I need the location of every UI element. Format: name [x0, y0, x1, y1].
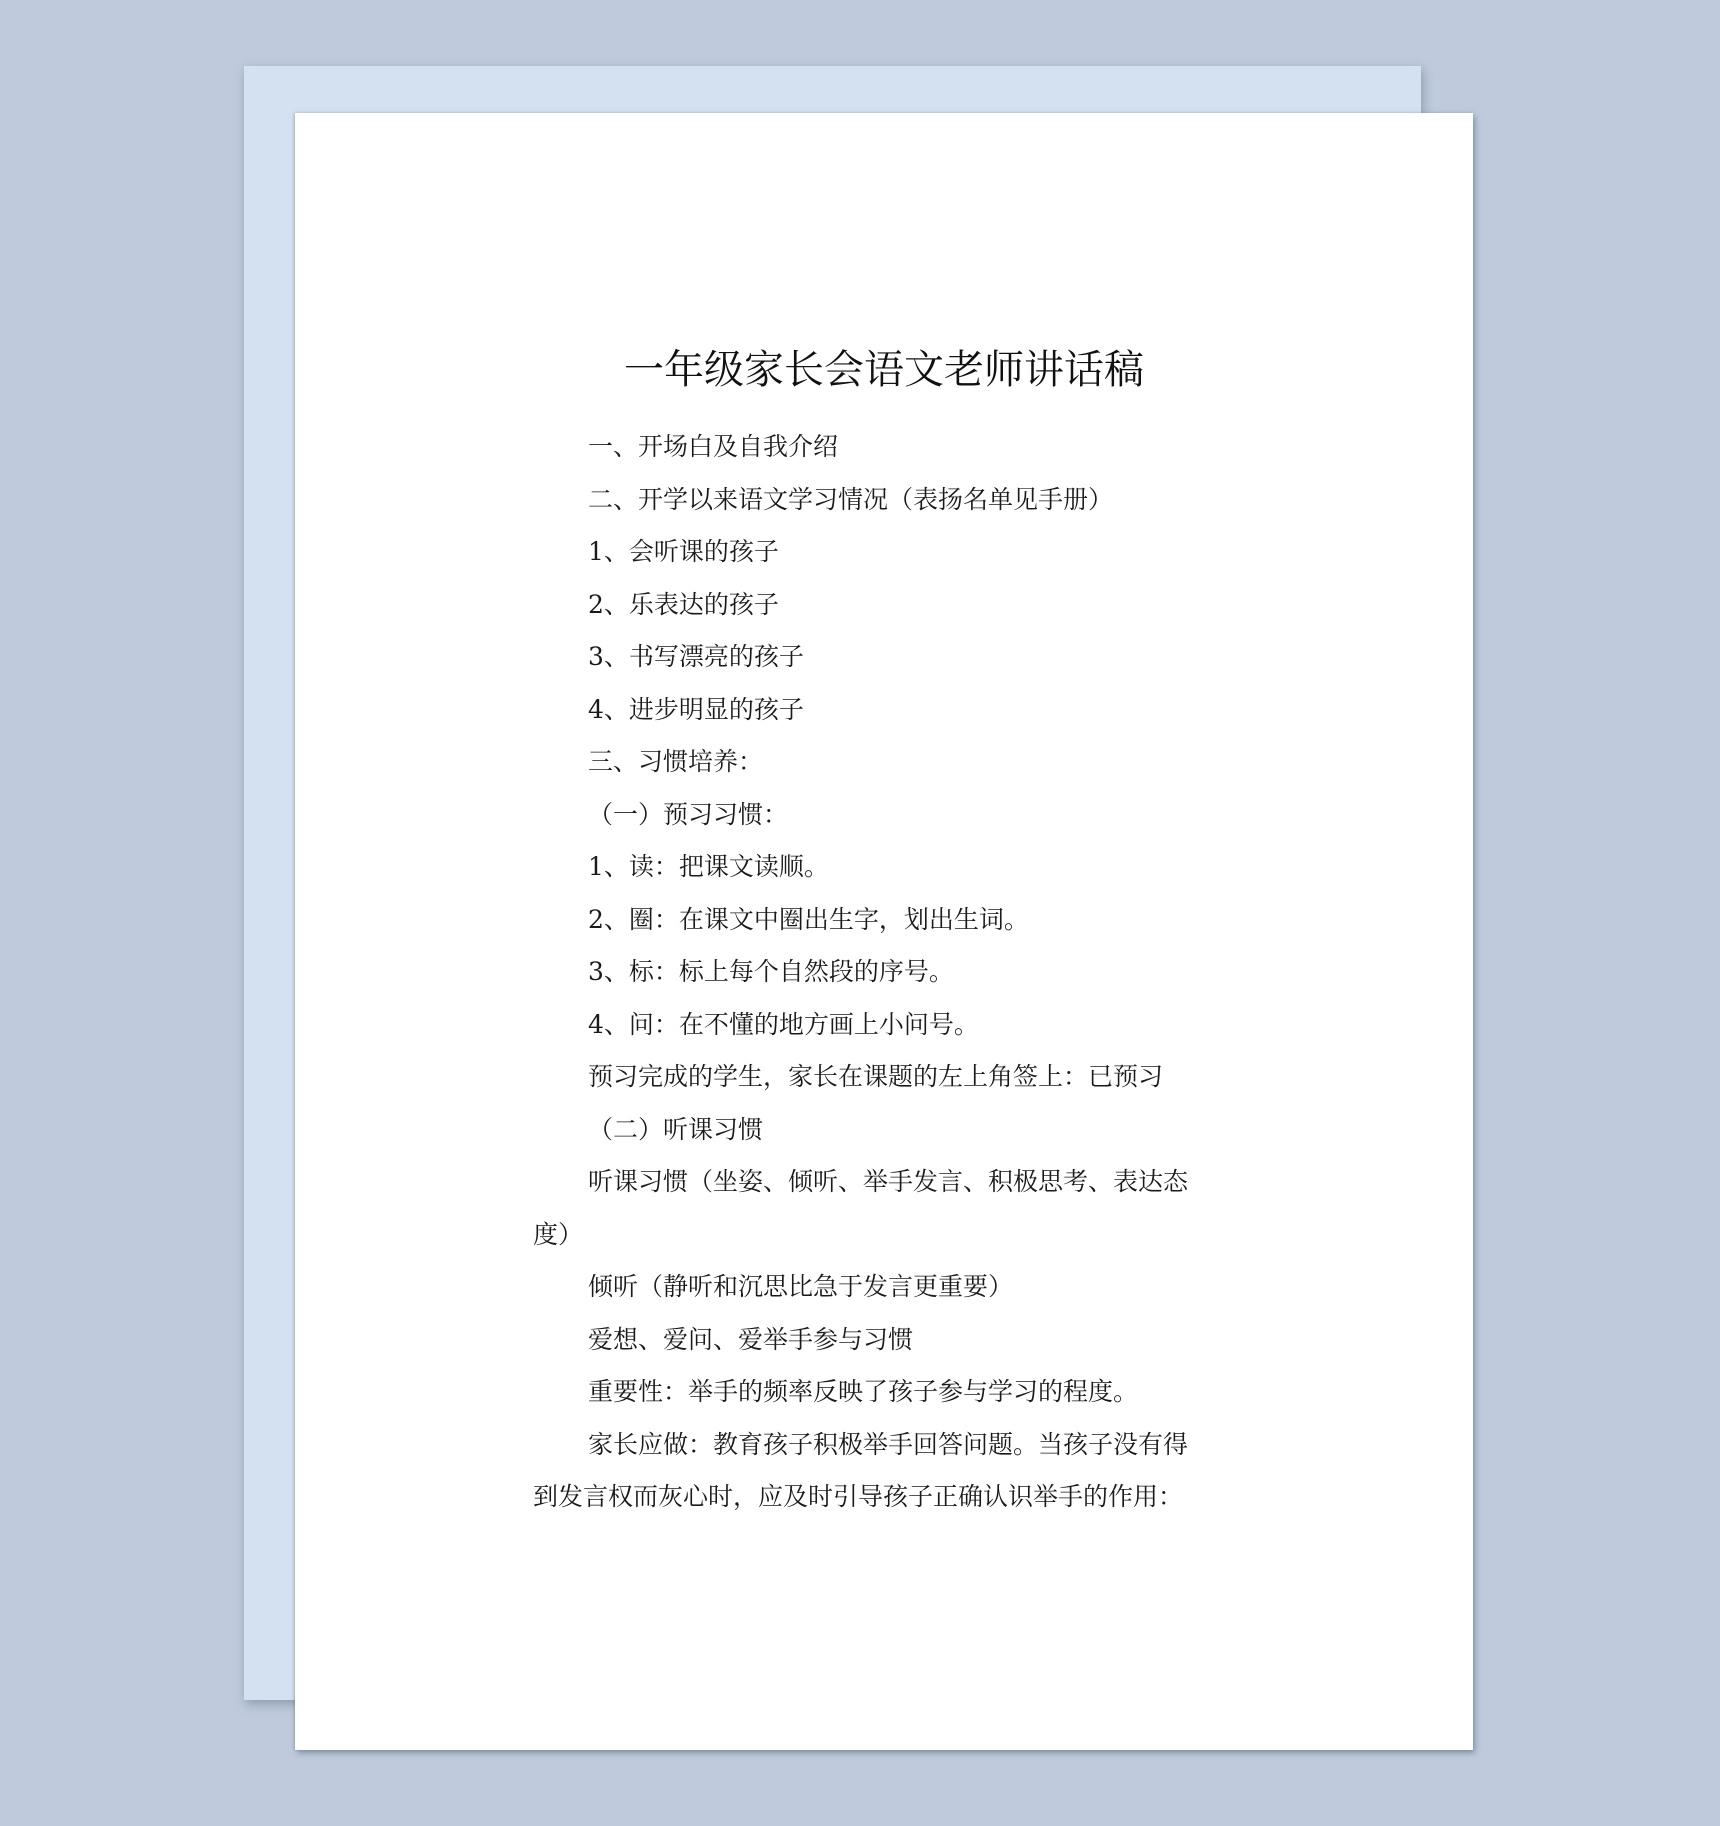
- document-title: 一年级家长会语文老师讲话稿: [295, 345, 1473, 395]
- paragraph-line: 1、会听课的孩子: [533, 526, 1253, 579]
- paragraph-line: 一、开场白及自我介绍: [533, 421, 1253, 474]
- paragraph-line: 4、问：在不懂的地方画上小问号。: [533, 999, 1253, 1052]
- document-page: 一年级家长会语文老师讲话稿 一、开场白及自我介绍 二、开学以来语文学习情况（表扬…: [295, 113, 1473, 1750]
- paragraph-line: 爱想、爱问、爱举手参与习惯: [533, 1314, 1253, 1367]
- paragraph-line: 3、书写漂亮的孩子: [533, 631, 1253, 684]
- paragraph-line-continuation: 到发言权而灰心时，应及时引导孩子正确认识举手的作用：: [533, 1471, 1253, 1524]
- document-body: 一、开场白及自我介绍 二、开学以来语文学习情况（表扬名单见手册） 1、会听课的孩…: [533, 421, 1253, 1524]
- paragraph-line: 重要性：举手的频率反映了孩子参与学习的程度。: [533, 1366, 1253, 1419]
- paragraph-line: 4、进步明显的孩子: [533, 684, 1253, 737]
- paragraph-line: 二、开学以来语文学习情况（表扬名单见手册）: [533, 474, 1253, 527]
- paragraph-line: 家长应做：教育孩子积极举手回答问题。当孩子没有得: [533, 1419, 1253, 1472]
- paragraph-line: 2、圈：在课文中圈出生字，划出生词。: [533, 894, 1253, 947]
- paragraph-line: 三、习惯培养：: [533, 736, 1253, 789]
- paragraph-line: 2、乐表达的孩子: [533, 579, 1253, 632]
- paragraph-line: 3、标：标上每个自然段的序号。: [533, 946, 1253, 999]
- paragraph-line: 听课习惯（坐姿、倾听、举手发言、积极思考、表达态: [533, 1156, 1253, 1209]
- paragraph-line: 倾听（静听和沉思比急于发言更重要）: [533, 1261, 1253, 1314]
- paragraph-line-continuation: 度）: [533, 1209, 1253, 1262]
- paragraph-line: 预习完成的学生，家长在课题的左上角签上：已预习: [533, 1051, 1253, 1104]
- paragraph-line: （二）听课习惯: [533, 1104, 1253, 1157]
- paragraph-line: 1、读：把课文读顺。: [533, 841, 1253, 894]
- paragraph-line: （一）预习习惯：: [533, 789, 1253, 842]
